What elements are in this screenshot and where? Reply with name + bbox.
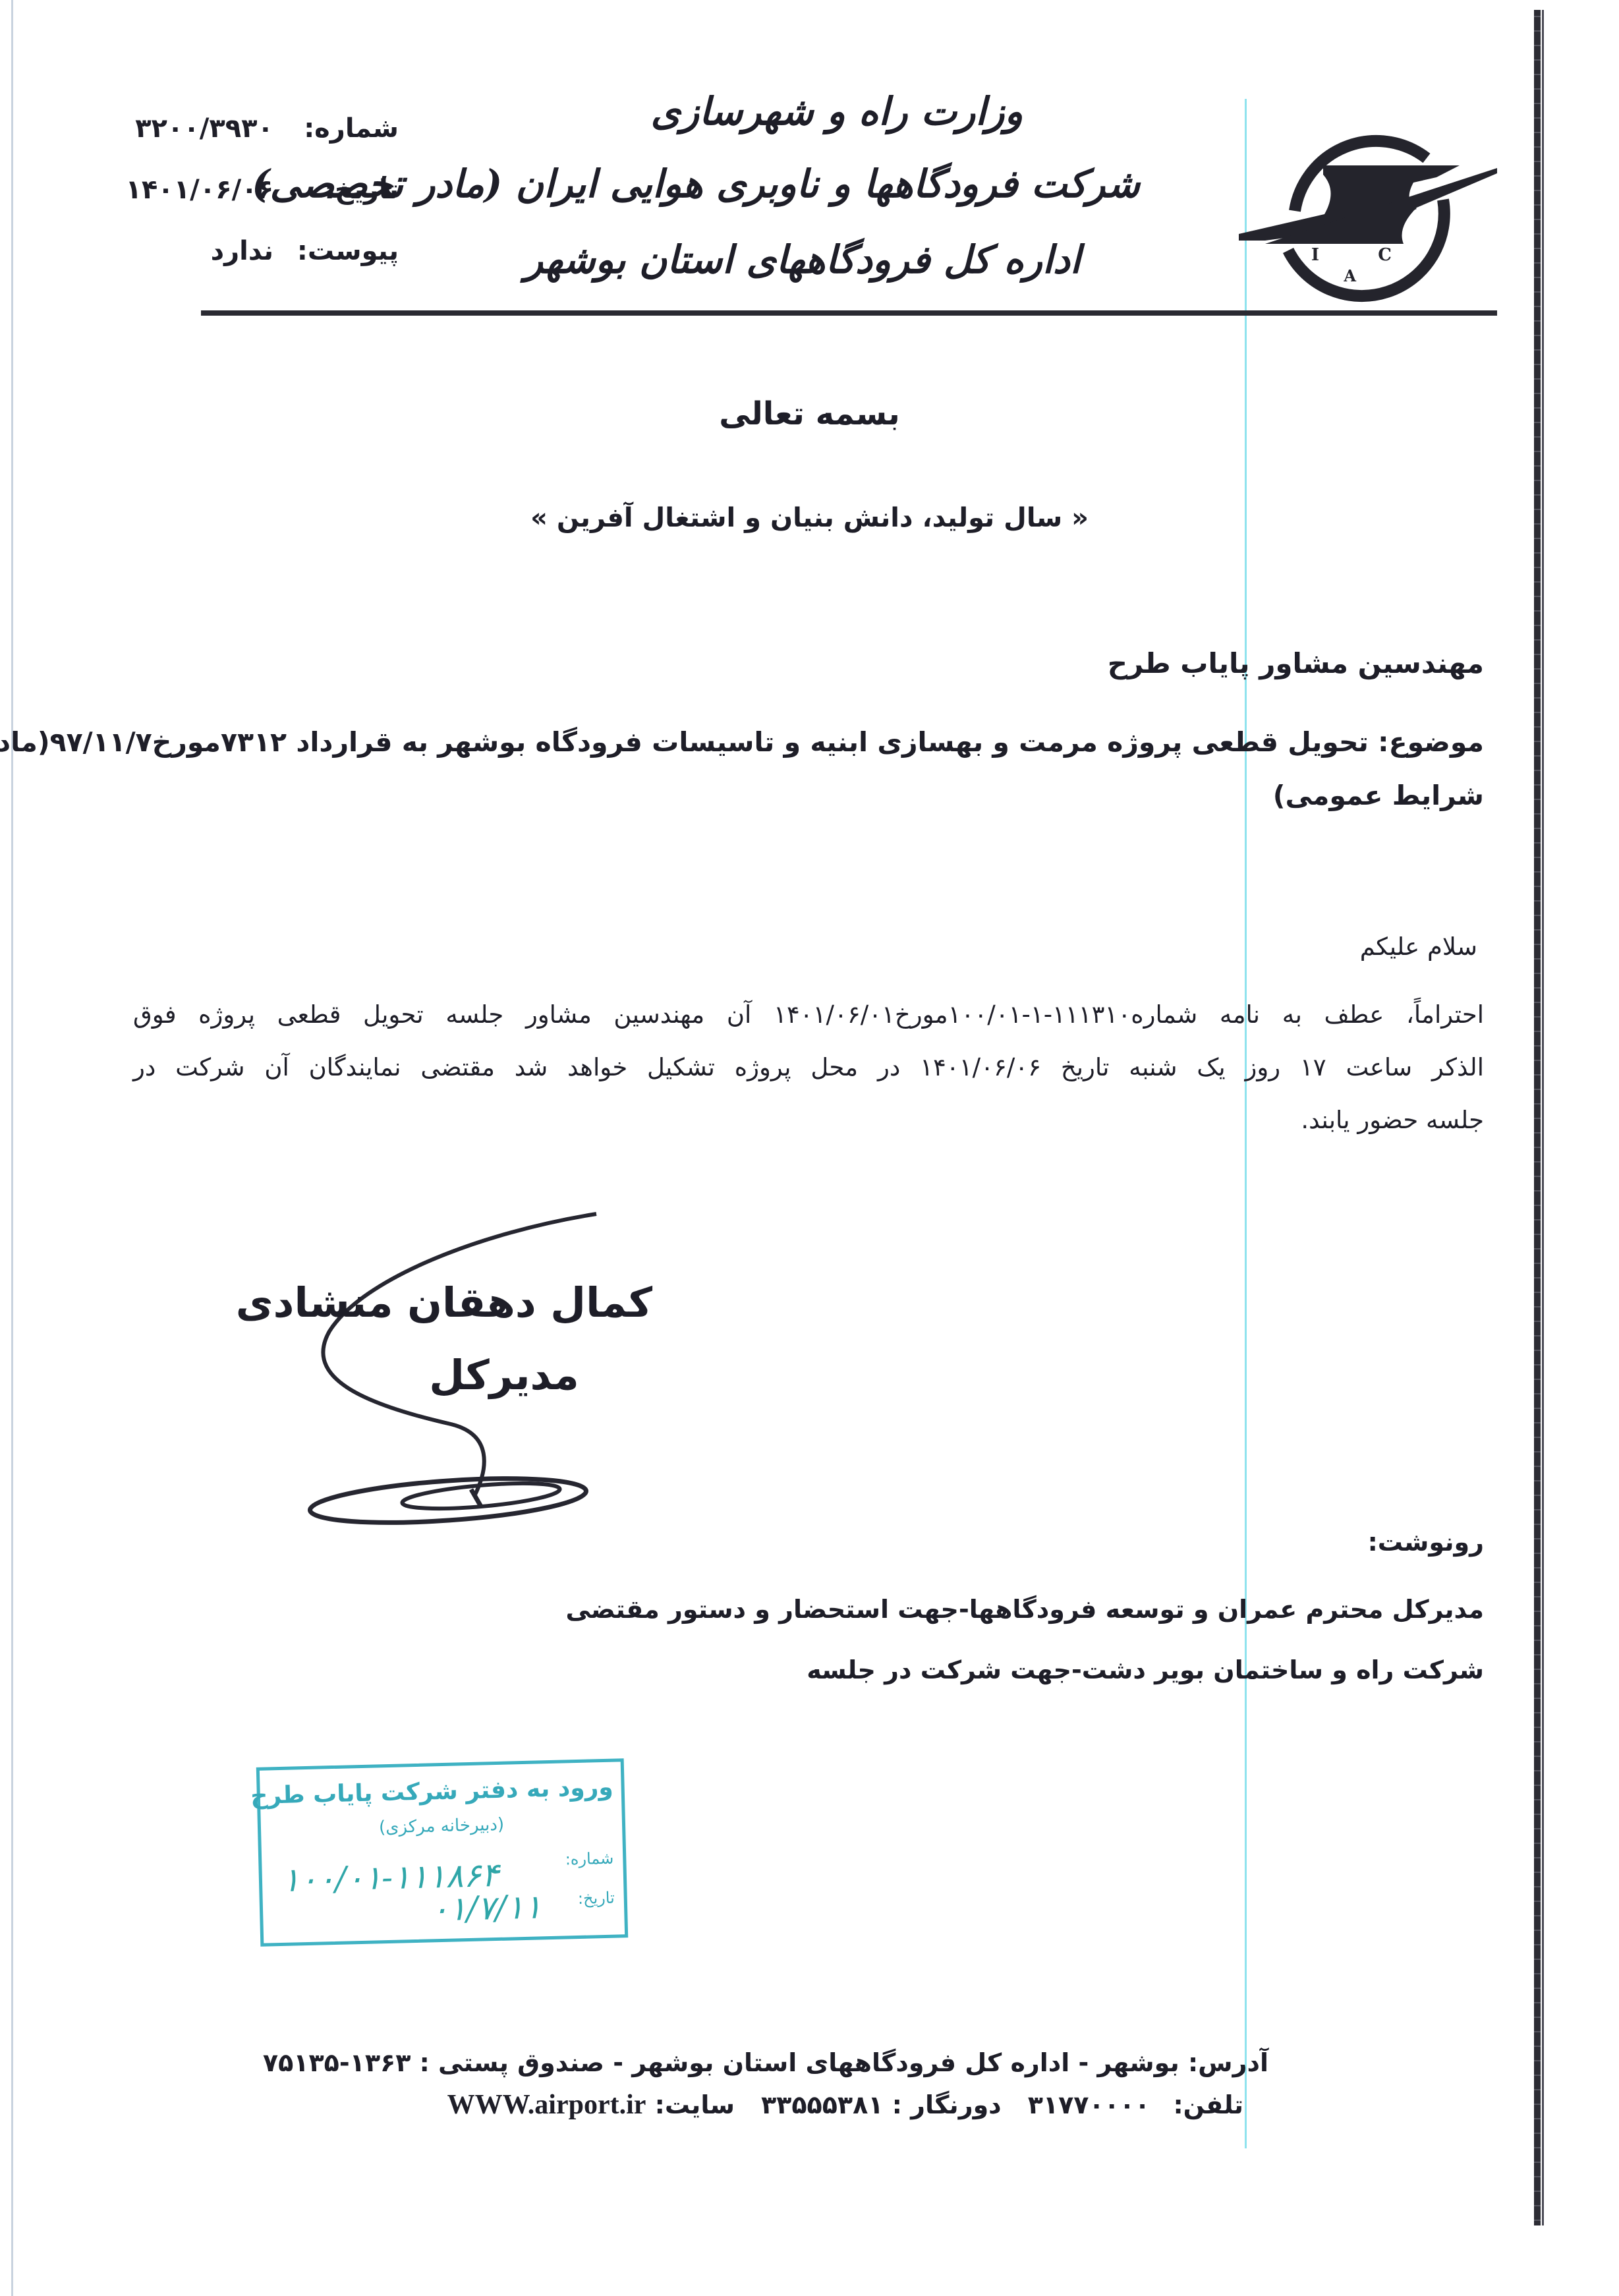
- scan-edge-right: [1534, 10, 1541, 2225]
- stamp-date-value: ۰۱/۷/۱۱: [430, 1887, 542, 1928]
- letter-attachment-label: پیوست:: [313, 236, 399, 266]
- stamp-subtitle: (دبیرخانه مرکزی): [261, 1812, 623, 1840]
- svg-text:A: A: [1343, 266, 1356, 285]
- cc-item-2: شرکت راه و ساختمان بویر دشت-جهت شرکت در …: [807, 1655, 1484, 1684]
- subject-line-2: شرایط عمومی): [1273, 780, 1484, 811]
- footer-site-label: سایت:: [655, 2090, 735, 2119]
- iac-logo: I A C: [1239, 109, 1516, 306]
- footer-address: آدرس: بوشهر - اداره کل فرودگاههای استان …: [372, 2048, 1268, 2077]
- scan-edge-left: [11, 0, 13, 2296]
- letter-attachment-value: ندارد: [211, 236, 273, 266]
- letter-number-value: ۳۲۰۰/۳۹۳۰: [135, 113, 273, 144]
- letter-number-label: شماره:: [313, 113, 399, 144]
- stamp-number-label: شماره:: [565, 1849, 613, 1869]
- svg-text:C: C: [1378, 245, 1392, 265]
- subject-line-1: موضوع: تحویل قطعی پروژه مرمت و بهسازی اب…: [133, 726, 1484, 758]
- greeting: سلام علیکم: [1360, 933, 1477, 961]
- invocation-heading: بسمه تعالی: [0, 395, 1619, 432]
- header-divider: [201, 310, 1497, 316]
- footer-fax: دورنگار : ۳۳۵۵۵۳۸۱: [761, 2090, 1002, 2119]
- stamp-date-label: تاریخ:: [578, 1889, 615, 1908]
- received-stamp: ورود به دفتر شرکت پایاب طرح (دبیرخانه مر…: [256, 1758, 628, 1947]
- svg-text:I: I: [1311, 245, 1319, 265]
- airport-company-logo-icon: I A C: [1239, 109, 1516, 306]
- footer-phone-label: تلفن:: [1173, 2090, 1243, 2119]
- year-slogan: « سال تولید، دانش بنیان و اشتغال آفرین »: [0, 503, 1619, 533]
- letter-number-row: شماره: ۳۲۰۰/۳۹۳۰: [122, 113, 399, 144]
- recipient: مهندسین مشاور پایاب طرح: [1108, 647, 1484, 679]
- body-line-2: الذکر ساعت ۱۷ روز یک شنبه تاریخ ۱۴۰۱/۰۶/…: [133, 1053, 1484, 1081]
- signatory-title: مدیرکل: [422, 1351, 586, 1399]
- footer-phone-value: ۳۱۷۷۰۰۰۰: [1028, 2090, 1150, 2119]
- footer-site-link[interactable]: WWW.airport.ir: [447, 2090, 646, 2120]
- letterhead-company: شرکت فرودگاهها و ناوبری هوایی ایران (ماد…: [547, 161, 1140, 206]
- cc-label: رونوشت:: [1368, 1528, 1484, 1557]
- footer-contact: تلفن: ۳۱۷۷۰۰۰۰ دورنگار : ۳۳۵۵۵۳۸۱ سایت: …: [447, 2089, 1243, 2121]
- letter-attachment-row: پیوست: ندارد: [122, 236, 399, 266]
- signatory-name: کمال دهقان منشادی: [343, 1278, 652, 1327]
- letterhead-ministry: وزارت راه و شهرسازی: [633, 89, 1041, 134]
- footer-site: سایت: WWW.airport.ir: [447, 2089, 735, 2121]
- body-line-3: جلسه حضور یابند.: [1301, 1106, 1484, 1134]
- cc-item-1: مدیرکل محترم عمران و توسعه فرودگاهها-جهت…: [565, 1595, 1484, 1624]
- letterhead-department: اداره کل فرودگاههای استان بوشهر: [633, 237, 1081, 282]
- footer-fax-value: ۳۳۵۵۵۳۸۱: [761, 2090, 884, 2119]
- footer-fax-label: دورنگار :: [892, 2090, 1002, 2119]
- body-line-1: احتراماً، عطف به نامه شماره۱۱۱۳۱۰-۱-۱۰۰/…: [133, 1000, 1484, 1029]
- stamp-title: ورود به دفتر شرکت پایاب طرح: [250, 1774, 613, 1810]
- footer-phone: تلفن: ۳۱۷۷۰۰۰۰: [1028, 2090, 1243, 2119]
